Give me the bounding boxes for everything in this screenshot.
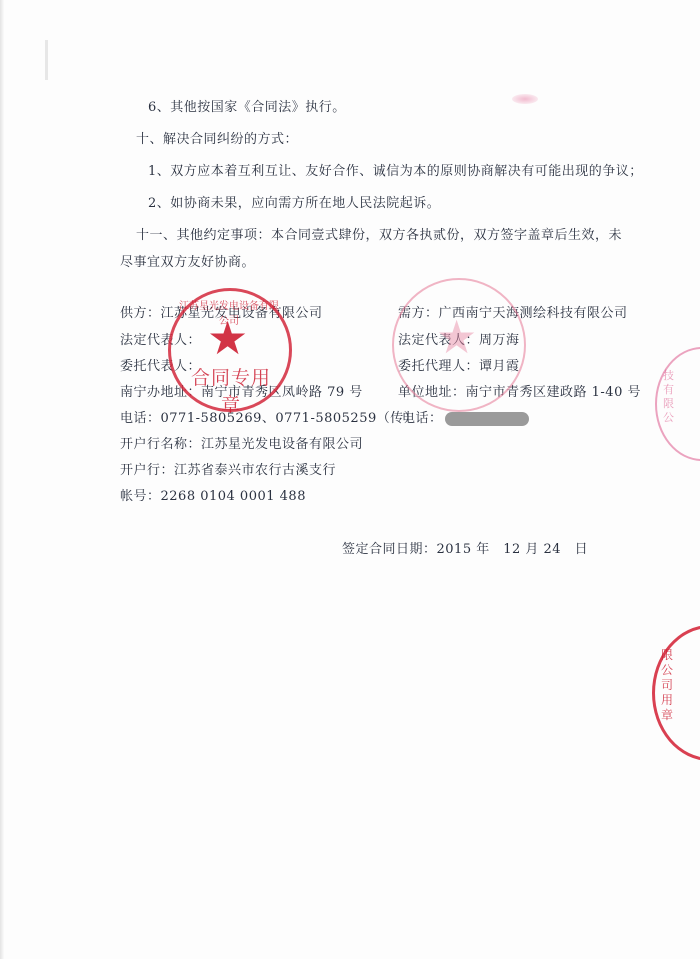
seal-text: 技有限公	[663, 369, 683, 425]
redacted-phone	[445, 412, 529, 426]
scan-mark	[45, 40, 48, 80]
section-10-item-2: 2、如协商未果，应向需方所在地人民法院起诉。	[148, 196, 440, 212]
buyer-address: 单位地址：南宁市青秀区建政路 1-40 号	[398, 385, 641, 401]
supplier-legal-rep: 法定代表人：	[120, 333, 201, 349]
side-seal-upper: 技有限公	[655, 347, 700, 461]
buyer-name: 需方：广西南宁天海测绘科技有限公司	[398, 306, 628, 322]
supplier-bank: 开户行：江苏省泰兴市农行古溪支行	[120, 463, 336, 479]
side-seal-lower: 限公司用章	[652, 625, 700, 761]
ink-smudge	[512, 94, 538, 104]
supplier-bank-account-name: 开户行名称：江苏星光发电设备有限公司	[120, 437, 363, 453]
buyer-phone-label: 电话：	[402, 411, 443, 426]
signing-date: 签定合同日期：2015 年 12 月 24 日	[342, 542, 588, 558]
section-11-line-2: 尽事宜双方友好协商。	[120, 255, 255, 271]
supplier-name: 供方：江苏星光发电设备有限公司	[120, 306, 323, 322]
supplier-office-address: 南宁办地址：南宁市青秀区凤岭路 79 号	[120, 385, 363, 401]
section-10-title: 十、解决合同纠纷的方式：	[136, 132, 298, 148]
page-edge	[0, 0, 4, 959]
buyer-agent: 委托代理人：谭月霞	[398, 359, 520, 375]
buyer-phone-row: 电话：	[402, 411, 529, 427]
supplier-account-no: 帐号：2268 0104 0001 488	[120, 489, 306, 505]
supplier-agent: 委托代表人：	[120, 359, 201, 375]
clause-6: 6、其他按国家《合同法》执行。	[148, 100, 346, 116]
section-11-line-1: 十一、其他约定事项：本合同壹式肆份，双方各执贰份，双方签字盖章后生效，未	[136, 228, 622, 244]
supplier-phone: 电话：0771-5805269、0771-5805259（传）	[120, 411, 417, 427]
section-10-item-1: 1、双方应本着互利互让、友好合作、诚信为本的原则协商解决有可能出现的争议；	[148, 164, 643, 180]
buyer-legal-rep: 法定代表人：周万海	[398, 333, 520, 349]
seal-text: 限公司用章	[661, 648, 683, 723]
